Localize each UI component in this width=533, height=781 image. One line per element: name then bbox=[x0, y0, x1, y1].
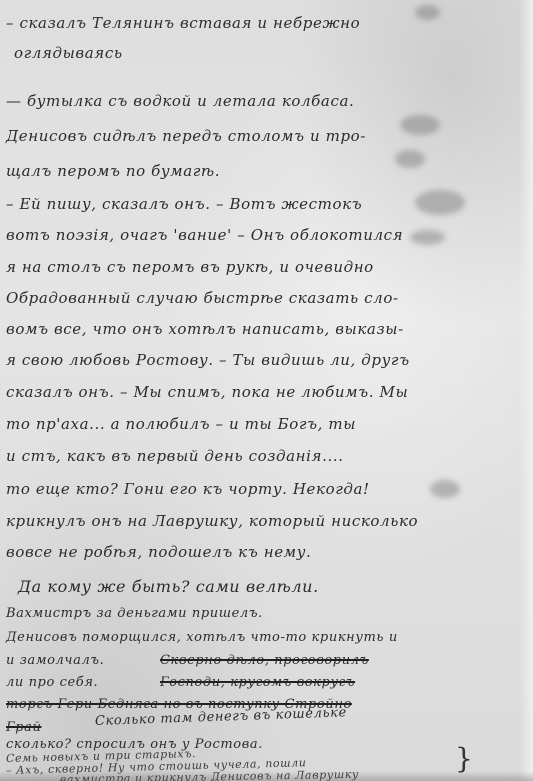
manuscript-line-10: вомъ все, что онъ хотѣлъ написать, выказ… bbox=[6, 320, 404, 338]
manuscript-line-11: я свою любовь Ростову. – Ты видишь ли, д… bbox=[6, 351, 410, 369]
manuscript-line-13: то пр'аха... а полюбилъ – и ты Богъ, ты bbox=[6, 415, 356, 433]
manuscript-page: – сказалъ Телянинъ вставая и небрежно ог… bbox=[0, 0, 533, 781]
manuscript-line-6: – Ей пишу, сказалъ онъ. – Вотъ жестокъ bbox=[6, 195, 362, 213]
manuscript-line-18: Да кому же быть? сами велѣли. bbox=[18, 577, 319, 596]
manuscript-line-7: вотъ поэзія, очагъ 'вание' – Онъ облокот… bbox=[6, 226, 403, 244]
manuscript-line-19: Вахмистръ за деньгами пришелъ. bbox=[6, 606, 263, 621]
manuscript-line-22: ли про себя. bbox=[6, 675, 98, 690]
manuscript-line-1: – сказалъ Телянинъ вставая и небрежно bbox=[6, 14, 360, 32]
manuscript-line-16: крикнулъ онъ на Лаврушку, который нискол… bbox=[6, 512, 418, 530]
struck-phrase-1: Скверно дѣло, проговорилъ bbox=[160, 653, 369, 668]
ink-smudge bbox=[400, 115, 440, 135]
manuscript-line-9: Обрадованный случаю быстрѣе сказать сло- bbox=[6, 289, 399, 307]
manuscript-line-8: я на столъ съ перомъ въ рукѣ, и очевидно bbox=[6, 258, 374, 276]
manuscript-line-5: щалъ перомъ по бумагѣ. bbox=[6, 162, 220, 180]
manuscript-line-4: Денисовъ сидѣлъ передъ столомъ и тро- bbox=[6, 127, 366, 145]
manuscript-line-20: Денисовъ поморщился, хотѣлъ что-то крикн… bbox=[6, 630, 398, 645]
manuscript-line-3: — бутылка съ водкой и летала колбаса. bbox=[6, 92, 354, 110]
manuscript-line-12: сказалъ онъ. – Мы спимъ, пока не любимъ.… bbox=[6, 383, 408, 401]
ink-smudge bbox=[410, 230, 445, 245]
manuscript-line-15: то еще кто? Гони его къ чорту. Некогда! bbox=[6, 480, 370, 498]
ink-smudge bbox=[395, 150, 425, 168]
struck-word: Грай bbox=[6, 720, 41, 735]
ink-smudge bbox=[415, 190, 465, 215]
ink-smudge bbox=[415, 5, 440, 20]
page-bottom-shadow bbox=[0, 771, 533, 781]
manuscript-line-17: вовсе не робѣя, подошелъ къ нему. bbox=[6, 543, 311, 561]
manuscript-line-21: и замолчалъ. bbox=[6, 653, 104, 668]
manuscript-line-2: оглядываясь bbox=[14, 44, 123, 62]
ink-smudge bbox=[430, 480, 460, 498]
struck-phrase-2: Господи, кругомъ вокругъ bbox=[160, 675, 355, 690]
page-edge bbox=[519, 0, 533, 781]
manuscript-line-14: и стъ, какъ въ первый день созданія.... bbox=[6, 447, 344, 465]
